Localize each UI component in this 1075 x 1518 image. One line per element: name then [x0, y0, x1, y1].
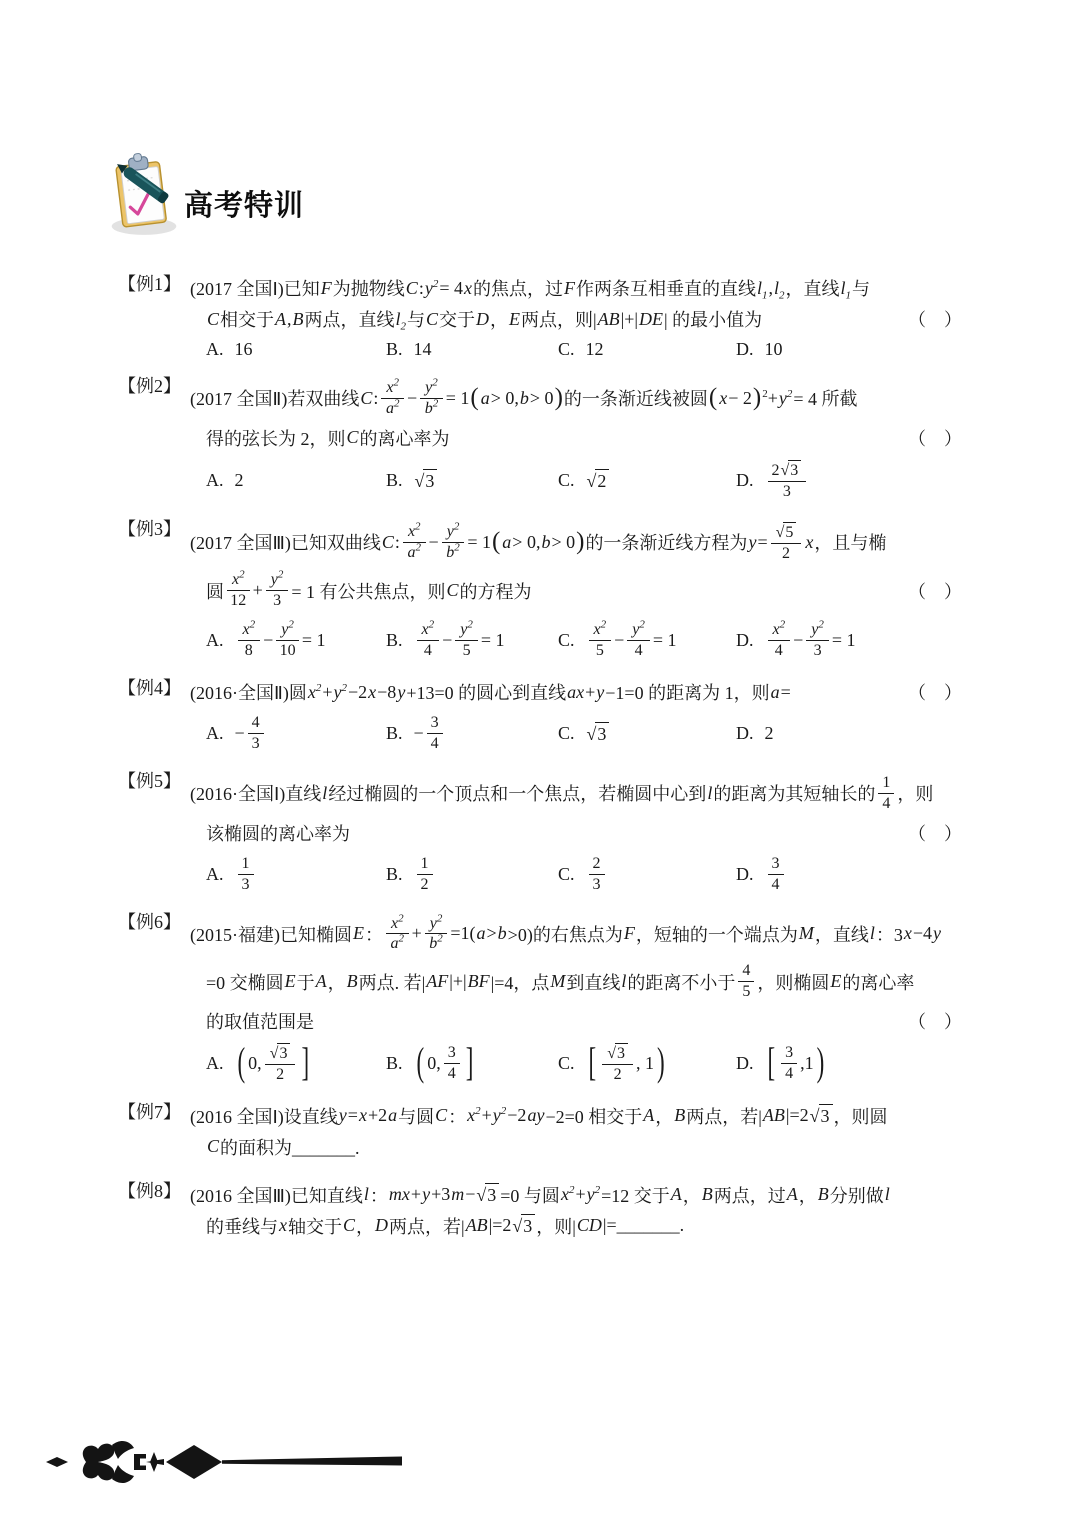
problem-text: =0 交椭圆 E 于 A，B 两点. 若|AF|+|BF|=4，点 M 到直线 … — [206, 960, 914, 1003]
text-run: ，则圆 — [834, 1103, 888, 1129]
problem-text: (2017 全国Ⅲ)已知双曲线 C : x2a2 − y2b2 = 1(a > … — [190, 520, 886, 565]
math-variable: x2 — [307, 682, 323, 703]
fraction: x24 — [768, 621, 791, 660]
math-variable: A — [274, 309, 287, 330]
text-run: 2 — [772, 462, 780, 480]
problem-line: C 相交于 A,B 两点，直线 l2 与 C 交于 D，E 两点，则|AB|+|… — [190, 306, 966, 332]
problem-label: 【例2】 — [118, 372, 186, 503]
sqrt-expression: √3 — [512, 1214, 535, 1237]
problem-text: 该椭圆的离心率为 — [206, 820, 350, 846]
text-run: 3 — [593, 876, 601, 894]
problem-line: (2016 全国Ⅲ)已知直线 l：mx+y+3m−√3=0 与圆 x2+y2=1… — [190, 1182, 966, 1208]
text-run: 的距离为其短轴长的 — [713, 780, 875, 806]
math-variable: x — [903, 923, 913, 944]
option-key: A. — [206, 723, 224, 744]
problem: 【例8】(2016 全国Ⅲ)已知直线 l：mx+y+3m−√3=0 与圆 x2+… — [118, 1177, 966, 1244]
problem-label: 【例7】 — [118, 1098, 186, 1165]
text-run: |=2 — [786, 1105, 809, 1126]
answer-bracket: （ ） — [908, 306, 966, 332]
text-run: 4 — [785, 1065, 793, 1083]
text-run: 的一条渐近线方程为 — [585, 529, 747, 555]
fraction-denominator: 4 — [882, 794, 890, 813]
text-run: (2016·全国Ⅱ)圆 — [190, 679, 307, 705]
option-value: 14 — [414, 339, 432, 360]
math-variable: y2 — [810, 621, 825, 639]
math-variable: BF — [467, 971, 491, 992]
problem-content: (2016·全国Ⅰ)直线 l 经过椭圆的一个顶点和一个焦点，若椭圆中心到 l 的… — [190, 767, 966, 896]
problem-text: (2017 全国Ⅱ)若双曲线 C : x2a2 − y2b2 = 1(a > 0… — [190, 377, 858, 420]
problem-label: 【例6】 — [118, 908, 186, 1086]
radicand: 3 — [615, 1043, 628, 1063]
text-run: 的离心率 — [842, 969, 914, 995]
text-run: = — [781, 682, 791, 703]
text-run: 轴交于 — [288, 1213, 342, 1239]
text-run: 两点，则| — [521, 306, 597, 332]
fraction-denominator: 2 — [614, 1065, 622, 1084]
text-run: 4 — [635, 642, 643, 660]
option-c: C.23 — [558, 853, 736, 896]
text-run: 5 — [785, 524, 793, 541]
text-run: 到直线 — [566, 969, 620, 995]
math-variable: y2 — [778, 388, 794, 409]
math-variable: ay — [526, 1105, 545, 1126]
fraction: y23 — [806, 621, 829, 660]
math-variable: y — [747, 532, 757, 553]
page-title: 高考特训 — [184, 183, 304, 224]
fraction-denominator: a2 — [390, 934, 406, 953]
text-run: = 1 — [302, 630, 326, 651]
math-variable: b2 — [424, 400, 440, 418]
fraction-denominator: 4 — [785, 1064, 793, 1083]
math-variable: AB — [762, 1105, 786, 1126]
math-variable: x2 — [466, 1105, 482, 1126]
text-run: −8 — [377, 682, 396, 703]
math-variable: b2 — [428, 935, 444, 953]
text-run: 经过椭圆的一个顶点和一个焦点，若椭圆中心到 — [328, 780, 706, 806]
big-bracket: ) — [753, 387, 761, 410]
fraction-denominator: 2 — [276, 1065, 284, 1084]
problem-line: (2017 全国Ⅰ)已知 F 为抛物线 C : y2 = 4x 的焦点，过 F … — [190, 275, 966, 301]
text-run: 与 — [852, 275, 870, 301]
fraction-numerator: x2 — [238, 621, 261, 641]
text-run: 的焦点，过 — [473, 275, 563, 301]
fraction-denominator: 3 — [242, 875, 250, 894]
math-variable: y2 — [424, 278, 440, 299]
option-a: A.16 — [206, 339, 386, 360]
problem-text: 得的弦长为 2，则 C 的离心率为 — [206, 425, 450, 451]
fraction-numerator: y2 — [420, 379, 443, 399]
answer-bracket: （ ） — [908, 1008, 966, 1034]
big-bracket: ( — [417, 1045, 425, 1081]
text-run: 8 — [245, 642, 253, 660]
fraction-numerator: x2 — [381, 379, 404, 399]
math-variable: D — [475, 309, 490, 330]
math-variable: x2 — [231, 571, 246, 589]
text-run: −2 — [348, 682, 367, 703]
fraction: √32 — [602, 1043, 633, 1084]
math-variable: a — [480, 388, 491, 409]
option-key: C. — [558, 339, 575, 360]
math-variable: b — [540, 532, 551, 553]
fraction-numerator: 3 — [768, 855, 784, 875]
math-variable: M — [549, 971, 566, 992]
big-bracket: ] — [466, 1045, 474, 1081]
math-variable: a2 — [385, 400, 401, 418]
problem: 【例2】(2017 全国Ⅱ)若双曲线 C : x2a2 − y2b2 = 1(a… — [118, 372, 966, 503]
text-run: : — [373, 388, 378, 409]
option-key: C. — [558, 723, 575, 744]
problem-text: 的取值范围是 — [206, 1008, 314, 1034]
option-key: C. — [558, 1053, 575, 1074]
math-variable: x2 — [385, 379, 400, 397]
fraction-numerator: 1 — [417, 855, 433, 875]
problem-text: (2017 全国Ⅰ)已知 F 为抛物线 C : y2 = 4x 的焦点，过 F … — [190, 275, 870, 301]
option-value: −34 — [414, 712, 446, 755]
math-variable: C — [206, 1136, 220, 1157]
text-run: 3 — [523, 1216, 532, 1236]
math-variable: y2 — [429, 915, 444, 933]
math-variable: x — [367, 682, 377, 703]
text-run: 3 — [772, 855, 780, 873]
problem-line: =0 交椭圆 E 于 A，B 两点. 若|AF|+|BF|=4，点 M 到直线 … — [190, 960, 966, 1003]
text-run: + — [253, 580, 263, 601]
text-run: −2 — [507, 1105, 526, 1126]
big-bracket: ( — [492, 531, 500, 554]
sqrt-expression: √3 — [415, 469, 438, 492]
math-variable: a2 — [406, 544, 422, 562]
problem-line: C 的面积为_______. — [190, 1134, 966, 1160]
text-run: 两点，若| — [389, 1213, 465, 1239]
math-variable: A — [670, 1184, 683, 1205]
fraction: x24 — [417, 621, 440, 660]
math-variable: C — [446, 580, 460, 601]
text-run: 3 — [252, 735, 260, 753]
text-run: 12 — [230, 592, 246, 610]
option-value: x24 − y25 = 1 — [414, 619, 505, 662]
text-run: 与圆 — [398, 1103, 434, 1129]
math-variable: y — [932, 923, 942, 944]
text-run: 的离心率为 — [360, 425, 450, 451]
option-value: √3 — [586, 722, 611, 745]
text-run: +2 — [368, 1105, 387, 1126]
math-variable: y2 — [270, 571, 285, 589]
problem: 【例5】(2016·全国Ⅰ)直线 l 经过椭圆的一个顶点和一个焦点，若椭圆中心到… — [118, 767, 966, 896]
text-run: 3 — [783, 483, 791, 501]
option-key: D. — [736, 1053, 754, 1074]
text-run: − — [263, 630, 273, 651]
math-variable: l — [363, 1184, 370, 1205]
math-variable: x — [463, 278, 473, 299]
text-run: (2016 全国Ⅰ)设直线 — [190, 1103, 338, 1129]
page-header: 高考特训 — [106, 150, 304, 238]
math-variable: y2 — [492, 1105, 508, 1126]
option-value: [34,1) — [765, 1042, 828, 1085]
text-run: 2 — [235, 470, 244, 491]
text-run: 4 — [424, 642, 432, 660]
text-run: 的方程为 — [460, 578, 532, 604]
math-variable: l — [620, 971, 627, 992]
problem-content: (2016 全国Ⅲ)已知直线 l：mx+y+3m−√3=0 与圆 x2+y2=1… — [190, 1177, 966, 1244]
text-run: − 2 — [728, 388, 752, 409]
option-d: D.2√33 — [736, 458, 966, 503]
option-c: C.√2 — [558, 469, 736, 492]
big-bracket: ) — [657, 1045, 665, 1081]
math-variable: B — [817, 1184, 830, 1205]
text-run: 3 — [785, 1044, 793, 1062]
option-key: B. — [386, 864, 403, 885]
math-variable: B — [346, 971, 359, 992]
text-run: 3 — [431, 714, 439, 732]
problem-text: (2016 全国Ⅲ)已知直线 l：mx+y+3m−√3=0 与圆 x2+y2=1… — [190, 1182, 891, 1208]
text-run: = 4 — [439, 278, 463, 299]
math-variable: B — [292, 309, 305, 330]
text-run: |=_______. — [603, 1215, 684, 1236]
text-run: + — [585, 682, 595, 703]
math-variable: y2 — [280, 621, 295, 639]
option-key: A. — [206, 470, 224, 491]
text-run: ： — [370, 1182, 388, 1208]
math-variable: B — [701, 1184, 714, 1205]
sqrt-expression: √3 — [810, 1104, 833, 1127]
text-run: |=2 — [489, 1215, 512, 1236]
option-key: A. — [206, 339, 224, 360]
text-run: 5 — [742, 983, 750, 1001]
math-variable: l1 — [840, 278, 853, 299]
text-run: − — [429, 532, 439, 553]
fraction-denominator: b2 — [428, 934, 444, 953]
fraction-denominator: 3 — [273, 591, 281, 610]
radicand: 3 — [521, 1214, 535, 1237]
fraction-numerator: √5 — [771, 522, 802, 544]
big-bracket: ( — [470, 387, 478, 410]
math-variable: a — [387, 1105, 398, 1126]
problem-text: (2016 全国Ⅰ)设直线 y=x+2a 与圆 C：x2+y2−2ay−2=0 … — [190, 1103, 888, 1129]
math-variable: y — [396, 682, 406, 703]
options-row: A.(0, √32]B.(0,34]C.[√32, 1)D.[34,1) — [190, 1041, 966, 1086]
text-run: (2017 全国Ⅱ)若双曲线 — [190, 385, 359, 411]
math-variable: A — [315, 971, 328, 992]
text-run: 2 — [597, 471, 606, 491]
text-run: ： — [365, 921, 383, 947]
text-run: 两点. 若| — [359, 969, 426, 995]
text-run: 为抛物线 — [333, 275, 405, 301]
text-run: 的一条渐近线被圆 — [564, 385, 708, 411]
problem-line: (2016 全国Ⅰ)设直线 y=x+2a 与圆 C：x2+y2−2ay−2=0 … — [190, 1103, 966, 1129]
text-run: = 1 — [481, 630, 505, 651]
options-row: A.−43B.−34C.√3D.2 — [190, 712, 966, 755]
fraction-numerator: 1 — [238, 855, 254, 875]
text-run: ，则椭圆 — [757, 969, 829, 995]
problem-line: 圆 x212 + y23 = 1 有公共焦点，则 C 的方程为（ ） — [190, 569, 966, 612]
text-run: = — [757, 532, 767, 553]
fraction-denominator: 5 — [463, 641, 471, 660]
options-row: A.13B.12C.23D.34 — [190, 853, 966, 896]
math-variable: b — [519, 388, 530, 409]
problem-line: (2016·全国Ⅱ)圆 x2+y2−2x−8y+13=0 的圆心到直线 ax+y… — [190, 679, 966, 705]
text-run: 0, — [427, 1053, 441, 1074]
fraction-numerator: x2 — [417, 621, 440, 641]
option-key: C. — [558, 630, 575, 651]
math-variable: a2 — [390, 935, 406, 953]
fraction: 34 — [768, 855, 784, 894]
text-run: >0)的右焦点为 — [508, 921, 623, 947]
option-value: −43 — [235, 712, 267, 755]
text-run: (2016·全国Ⅰ)直线 — [190, 780, 321, 806]
math-variable: x2 — [772, 621, 787, 639]
text-run: ， — [799, 1182, 817, 1208]
math-variable: E — [284, 971, 297, 992]
math-variable: M — [798, 923, 815, 944]
problem-text: (2016·全国Ⅱ)圆 x2+y2−2x−8y+13=0 的圆心到直线 ax+y… — [190, 679, 791, 705]
fraction-numerator: x2 — [589, 621, 612, 641]
fraction: √52 — [771, 522, 802, 563]
text-run: =1( — [450, 923, 475, 944]
fraction-numerator: y2 — [276, 621, 299, 641]
text-run: 0, — [248, 1053, 262, 1074]
fraction-numerator: x2 — [386, 915, 409, 935]
option-value: 34 — [765, 853, 787, 896]
fraction-numerator: y2 — [442, 523, 465, 543]
text-run: |=4，点 — [491, 969, 550, 995]
big-bracket: [ — [589, 1045, 597, 1081]
fraction-denominator: 3 — [814, 641, 822, 660]
text-run: 4 — [252, 714, 260, 732]
fraction-denominator: a2 — [406, 543, 422, 562]
math-variable: C — [405, 278, 419, 299]
math-variable: x2 — [593, 621, 608, 639]
math-variable: y2 — [333, 682, 349, 703]
text-run: 2 — [765, 723, 774, 744]
math-variable: C — [342, 1215, 356, 1236]
option-key: D. — [736, 723, 754, 744]
radicand: 3 — [595, 722, 609, 745]
math-variable: l — [706, 783, 713, 804]
problem-line: (2017 全国Ⅱ)若双曲线 C : x2a2 − y2b2 = 1(a > 0… — [190, 377, 966, 420]
text-run: 3 — [487, 1185, 496, 1205]
math-variable: F — [563, 278, 576, 299]
options-row: A.x28 − y210 = 1B.x24 − y25 = 1C.x25 − y… — [190, 619, 966, 662]
option-value: 10 — [765, 339, 783, 360]
text-run: = 4 所截 — [793, 385, 857, 411]
text-run: (2015·福建)已知椭圆 — [190, 921, 352, 947]
fraction-denominator: 12 — [230, 591, 246, 610]
text-run: − — [465, 1184, 475, 1205]
text-run: 于 — [297, 969, 315, 995]
problem-content: (2017 全国Ⅱ)若双曲线 C : x2a2 − y2b2 = 1(a > 0… — [190, 372, 966, 503]
text-run: 1 — [882, 774, 890, 792]
option-c: C.x25 − y24 = 1 — [558, 619, 736, 662]
text-run: > 0, — [491, 388, 519, 409]
problem-label: 【例4】 — [118, 674, 186, 755]
option-a: A.13 — [206, 853, 386, 896]
option-value: √2 — [586, 469, 611, 492]
text-run: 14 — [414, 339, 432, 360]
text-run: ，短轴的一个端点为 — [636, 921, 798, 947]
fraction: y24 — [627, 621, 650, 660]
text-run: − — [793, 630, 803, 651]
fraction-numerator: x2 — [227, 571, 250, 591]
option-value: 23 — [586, 853, 608, 896]
big-bracket: ) — [576, 531, 584, 554]
problem: 【例7】(2016 全国Ⅰ)设直线 y=x+2a 与圆 C：x2+y2−2ay−… — [118, 1098, 966, 1165]
fraction-denominator: 2 — [421, 875, 429, 894]
text-run: 相交于 — [220, 306, 274, 332]
fraction-denominator: 3 — [593, 875, 601, 894]
text-run: 的面积为_______. — [220, 1134, 360, 1160]
option-b: B.14 — [386, 339, 558, 360]
option-a: A.x28 − y210 = 1 — [206, 619, 386, 662]
text-run: − — [442, 630, 452, 651]
math-variable: C — [381, 532, 395, 553]
fraction-numerator: y2 — [627, 621, 650, 641]
text-run: 两点，直线 — [305, 306, 395, 332]
problem-label: 【例8】 — [118, 1177, 186, 1244]
math-variable: x — [804, 532, 814, 553]
text-run: + — [322, 682, 332, 703]
text-run: = 1 — [467, 532, 491, 553]
fraction-numerator: √3 — [602, 1043, 633, 1065]
fraction: 45 — [738, 962, 754, 1001]
option-value: 2√33 — [765, 458, 810, 503]
problem-line: (2016·全国Ⅰ)直线 l 经过椭圆的一个顶点和一个焦点，若椭圆中心到 l 的… — [190, 772, 966, 815]
math-variable: A — [786, 1184, 799, 1205]
math-variable: C — [359, 388, 373, 409]
text-run: + — [768, 388, 778, 409]
problem-text: C 相交于 A,B 两点，直线 l2 与 C 交于 D，E 两点，则|AB|+|… — [206, 306, 762, 332]
radicand: 2 — [595, 469, 609, 492]
option-key: B. — [386, 723, 403, 744]
text-run: > — [487, 923, 497, 944]
big-bracket: ( — [709, 387, 717, 410]
fraction-denominator: 10 — [280, 641, 296, 660]
fraction: x212 — [227, 571, 250, 610]
text-run: 3 — [790, 462, 798, 479]
text-run: 该椭圆的离心率为 — [206, 820, 350, 846]
text-run: + — [411, 1184, 421, 1205]
text-run: 2 — [782, 545, 790, 563]
fraction: 34 — [444, 1044, 460, 1083]
math-variable: C — [346, 427, 360, 448]
text-run: 3 — [617, 1045, 625, 1062]
option-b: B.(0,34] — [386, 1042, 558, 1085]
math-variable: l2 — [773, 278, 786, 299]
big-bracket: ( — [238, 1045, 246, 1081]
text-run: 两点，过 — [714, 1182, 786, 1208]
math-variable: C — [425, 309, 439, 330]
text-run: =12 交于 — [601, 1182, 670, 1208]
fraction-denominator: b2 — [445, 543, 461, 562]
text-run: ， — [490, 306, 508, 332]
text-run: 2 — [276, 1066, 284, 1084]
problem-line: (2017 全国Ⅲ)已知双曲线 C : x2a2 − y2b2 = 1(a > … — [190, 520, 966, 565]
option-value: x24 − y23 = 1 — [765, 619, 856, 662]
option-value: x28 − y210 = 1 — [235, 619, 326, 662]
big-bracket: ] — [301, 1045, 309, 1081]
problem-line: 的垂线与 x 轴交于 C，D 两点，若|AB|=2√3，则|CD|=______… — [190, 1213, 966, 1239]
fraction-numerator: x2 — [768, 621, 791, 641]
math-variable: a — [770, 682, 781, 703]
fraction-numerator: 1 — [878, 774, 894, 794]
text-run: 4 — [772, 876, 780, 894]
problem: 【例6】(2015·福建)已知椭圆 E：x2a2+y2b2=1(a>b>0)的右… — [118, 908, 966, 1086]
text-run: (2017 全国Ⅰ)已知 — [190, 275, 320, 301]
option-a: A.2 — [206, 470, 386, 491]
fraction: 43 — [248, 714, 264, 753]
option-value: 2 — [235, 470, 244, 491]
problem-line: (2015·福建)已知椭圆 E：x2a2+y2b2=1(a>b>0)的右焦点为 … — [190, 913, 966, 956]
math-variable: x2 — [390, 915, 405, 933]
math-variable: AB — [465, 1215, 489, 1236]
